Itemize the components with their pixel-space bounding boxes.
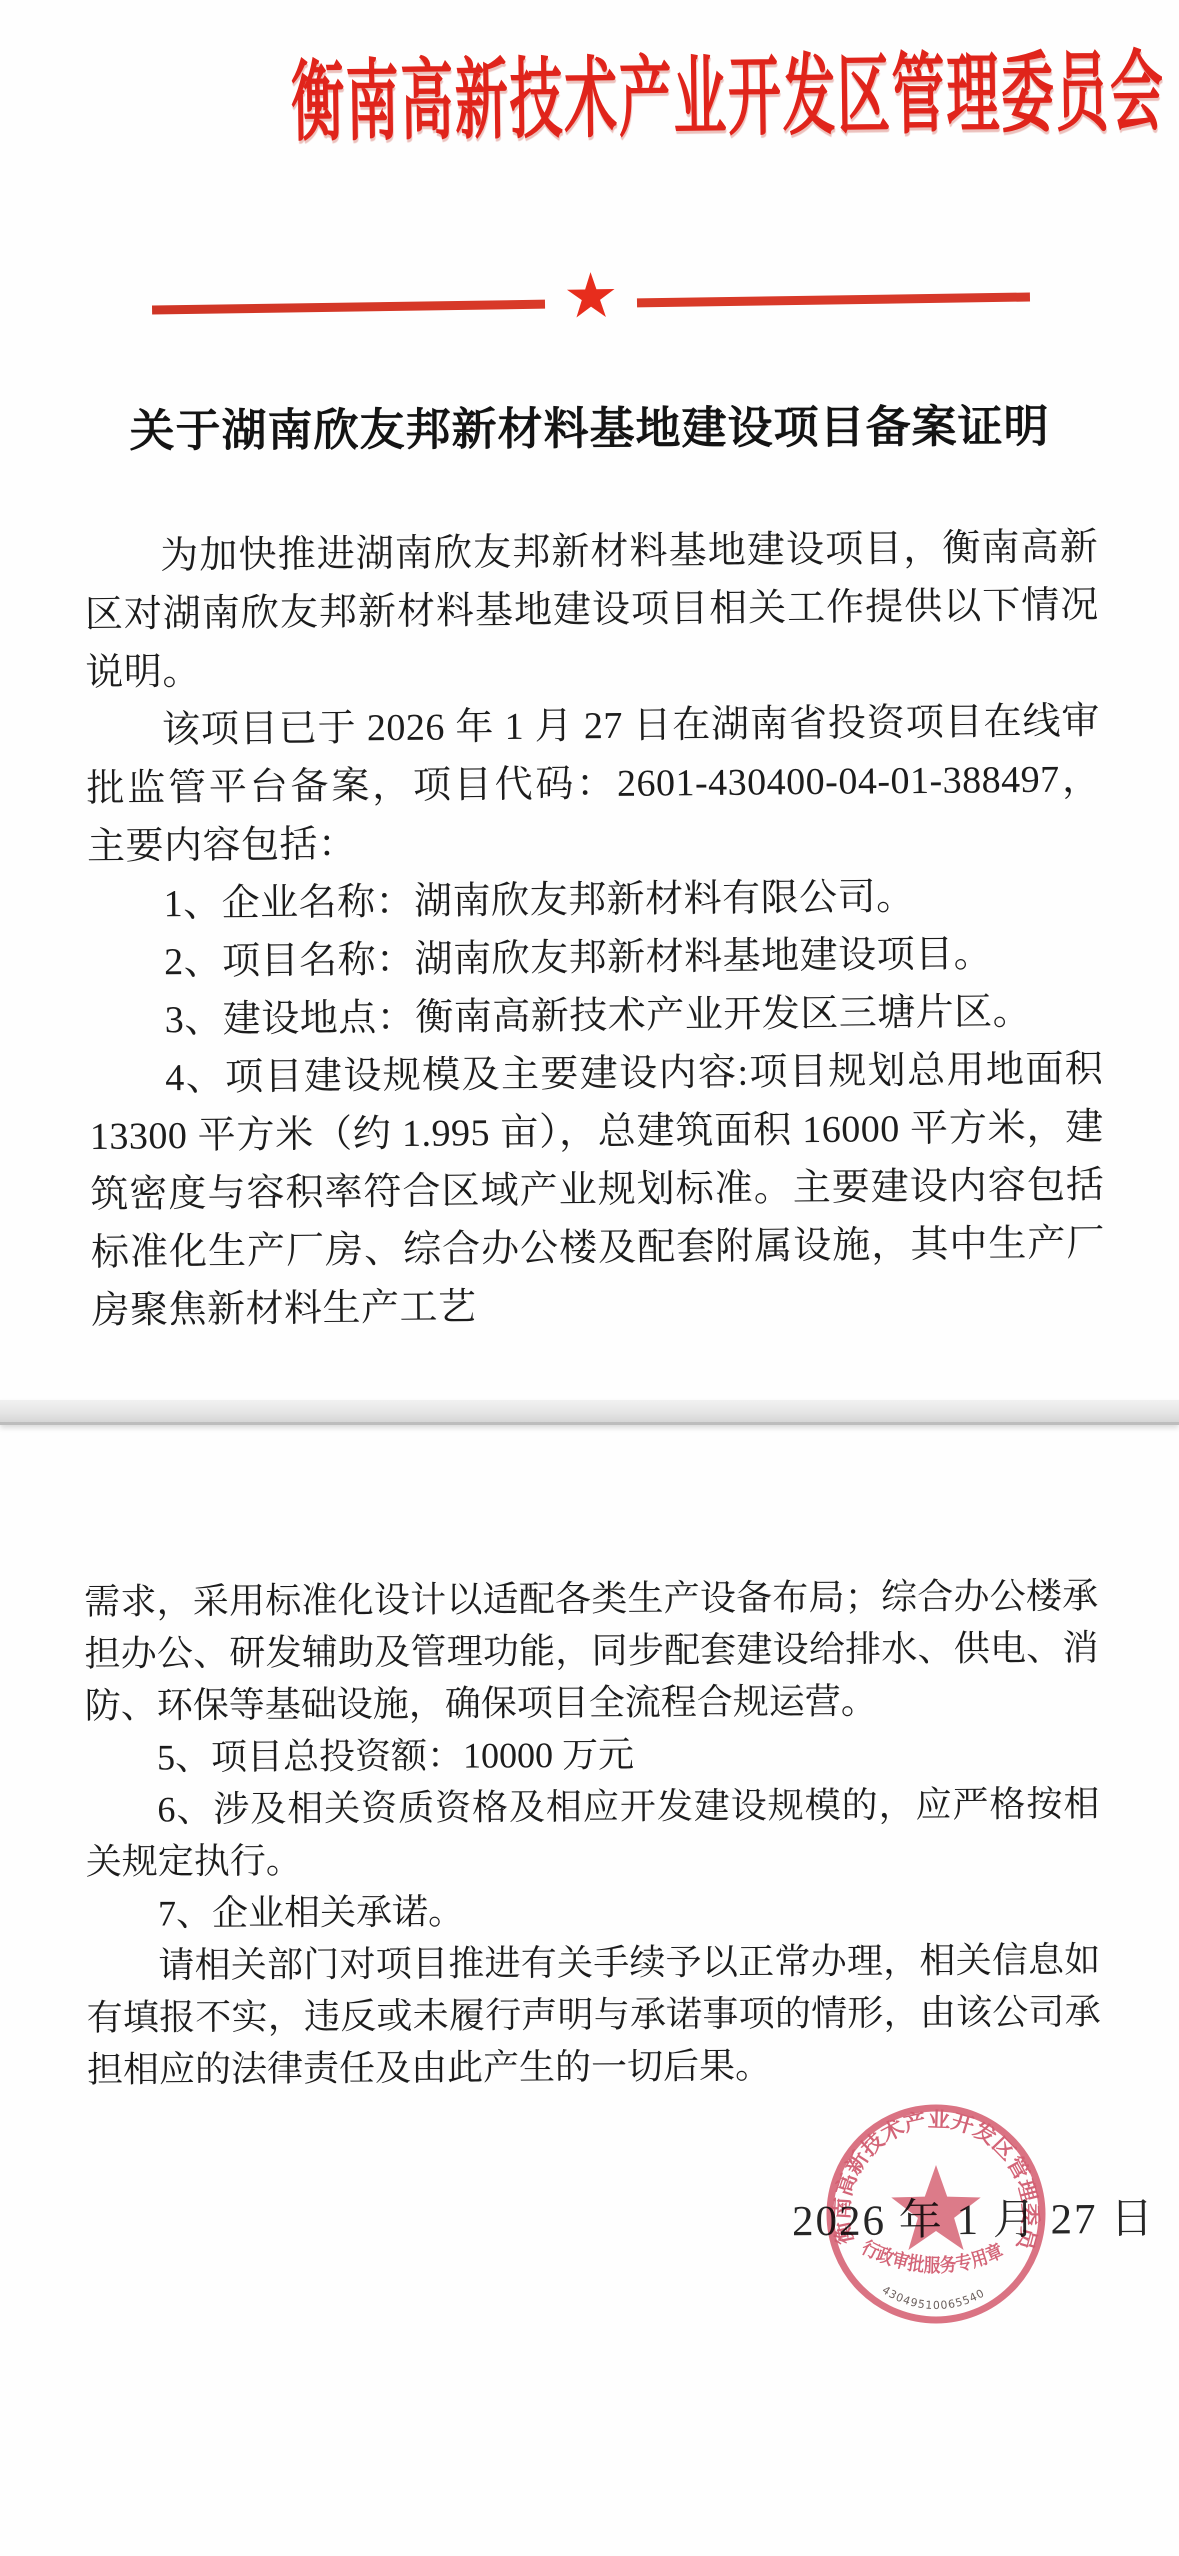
svg-text:43049510065540: 43049510065540	[880, 2283, 987, 2312]
list-item-5: 5、项目总投资额：10000 万元	[85, 1726, 1099, 1784]
seal-star-icon	[891, 2165, 980, 2250]
body-page-1: 为加快推进湖南欣友邦新材料基地建设项目，衡南高新区对湖南欣友邦新材料基地建设项目…	[84, 518, 1106, 1340]
seal-serial-number: 43049510065540	[880, 2283, 987, 2312]
letterhead: 衡南高新技术产业开发区管理委员会	[0, 41, 1179, 161]
page-separator	[0, 1400, 1179, 1425]
divider-line-right	[637, 292, 1030, 307]
list-item-4: 4、项目建设规模及主要建设内容:项目规划总用地面积 13300 平方米（约 1.…	[89, 1040, 1106, 1340]
paragraph-intro: 为加快推进湖南欣友邦新材料基地建设项目，衡南高新区对湖南欣友邦新材料基地建设项目…	[84, 518, 1100, 702]
list-item-7: 7、企业相关承诺。	[86, 1882, 1100, 1940]
document-title: 关于湖南欣友邦新材料基地建设项目备案证明	[0, 389, 1179, 460]
red-divider: ★	[152, 263, 1031, 342]
official-seal-stamp: 衡南高新技术产业开发区管理委员会 行政审批服务专用章 4304951006554…	[822, 2100, 1050, 2328]
star-icon: ★	[563, 265, 620, 328]
list-item-6: 6、涉及相关资质资格及相应开发建设规模的，应严格按相关规定执行。	[85, 1778, 1100, 1888]
list-item-1: 1、企业名称：湖南欣友邦新材料有限公司。	[87, 866, 1102, 934]
paragraph-closing: 请相关部门对项目推进有关手续予以正常办理，相关信息如有填报不实，违反或未履行声明…	[86, 1934, 1101, 2096]
document-page: 衡南高新技术产业开发区管理委员会 ★ 关于湖南欣友邦新材料基地建设项目备案证明 …	[0, 0, 1179, 2556]
svg-text:行政审批服务专用章: 行政审批服务专用章	[858, 2236, 1006, 2277]
divider-line-left	[152, 299, 545, 314]
seal-inner-text: 行政审批服务专用章	[858, 2236, 1006, 2277]
body-page-2: 需求，采用标准化设计以适配各类生产设备布局；综合办公楼承担办公、研发辅助及管理功…	[84, 1570, 1101, 2096]
letterhead-org-name: 衡南高新技术产业开发区管理委员会	[291, 41, 1166, 157]
list-item-3: 3、建设地点：衡南高新技术产业开发区三塘片区。	[88, 982, 1103, 1050]
paragraph-item4-continuation: 需求，采用标准化设计以适配各类生产设备布局；综合办公楼承担办公、研发辅助及管理功…	[84, 1570, 1099, 1732]
paragraph-filing: 该项目已于 2026 年 1 月 27 日在湖南省投资项目在线审批监管平台备案，…	[86, 692, 1102, 876]
list-item-2: 2、项目名称：湖南欣友邦新材料基地建设项目。	[88, 924, 1103, 992]
